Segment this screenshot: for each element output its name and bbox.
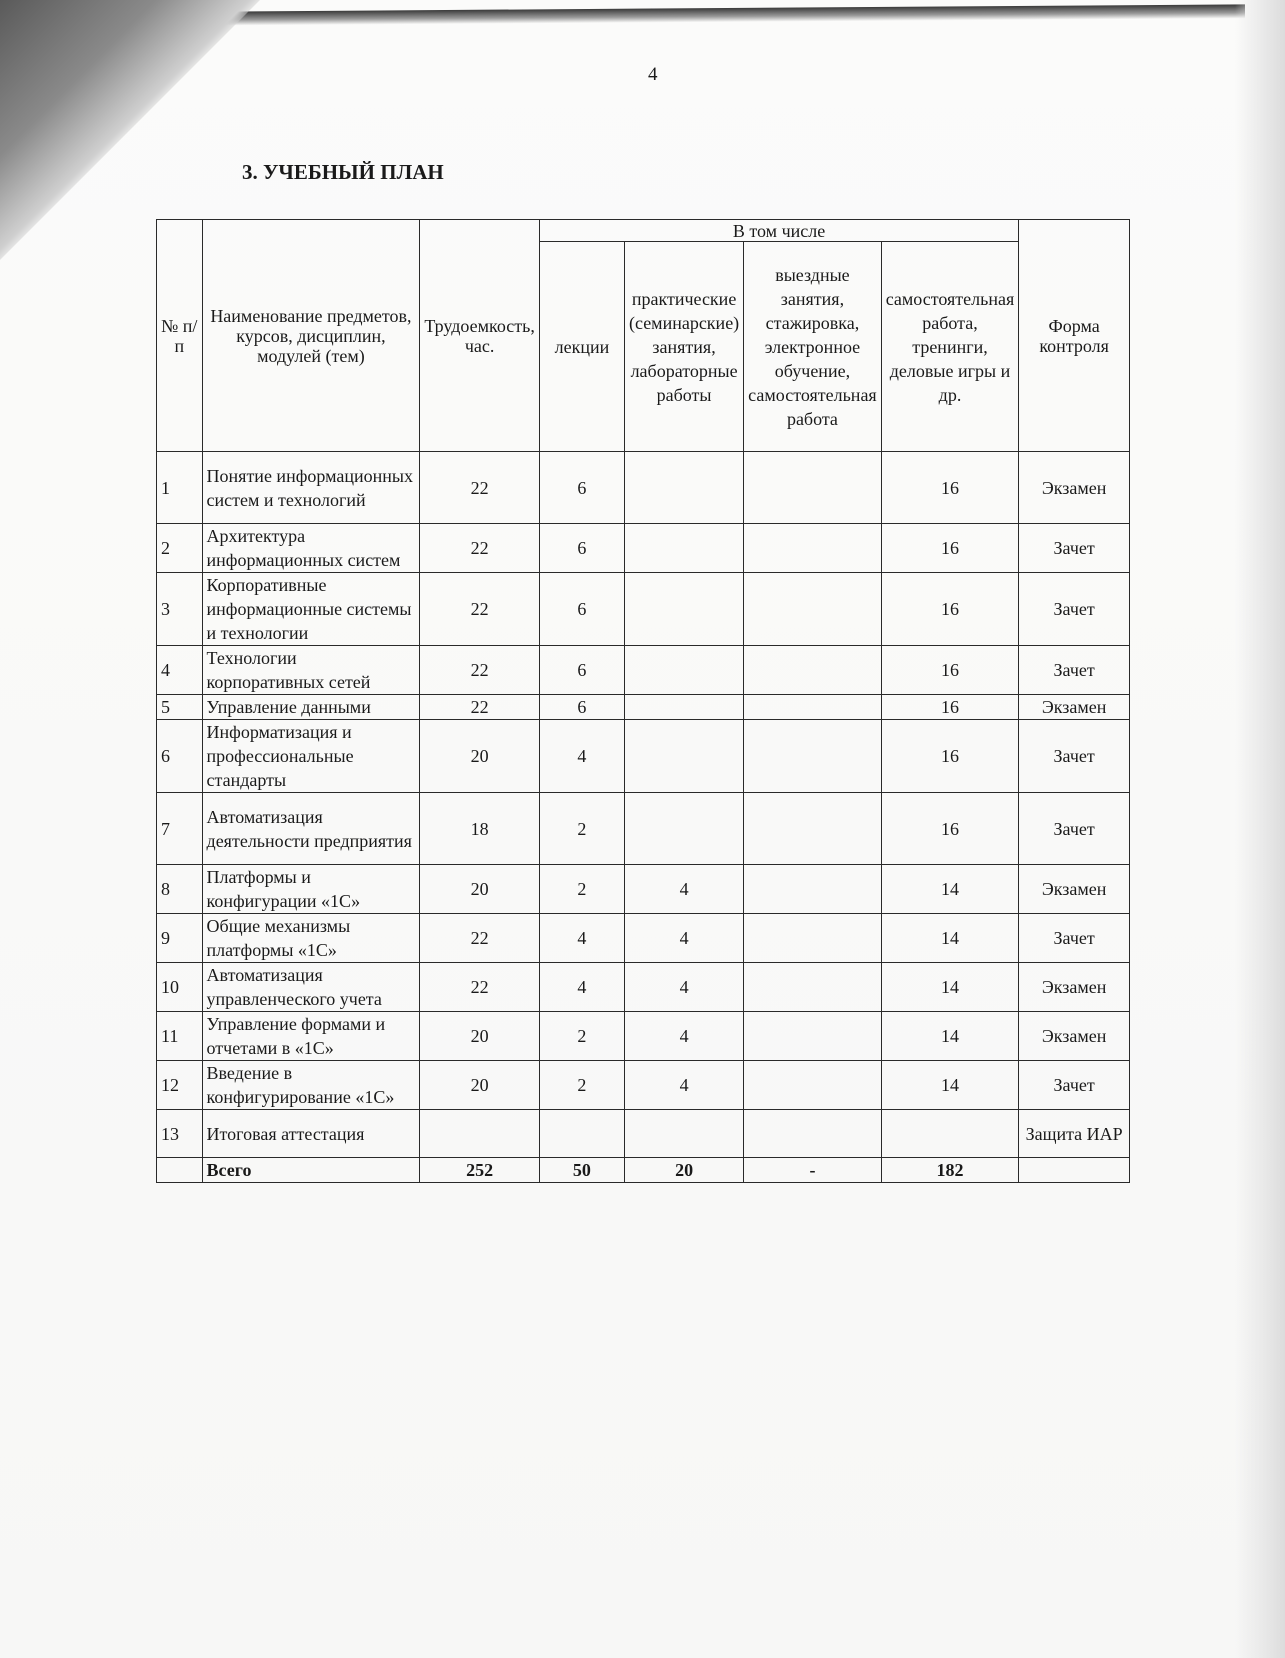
total-practical: 20	[624, 1158, 743, 1183]
cell-hours: 20	[420, 1012, 540, 1061]
cell-self: 14	[881, 914, 1019, 963]
cell-name: Введение в конфигурирование «1С»	[202, 1061, 420, 1110]
scan-top-edge	[220, 4, 1245, 25]
cell-no: 6	[157, 720, 203, 793]
cell-name: Понятие информационных систем и технолог…	[202, 452, 420, 524]
cell-name: Автоматизация деятельности предприятия	[202, 793, 420, 865]
table-row: 12Введение в конфигурирование «1С»202414…	[157, 1061, 1130, 1110]
cell-lectures: 2	[539, 1012, 624, 1061]
cell-practical	[624, 452, 743, 524]
cell-self: 16	[881, 452, 1019, 524]
cell-hours: 22	[420, 573, 540, 646]
cell-practical: 4	[624, 914, 743, 963]
cell-self: 16	[881, 720, 1019, 793]
cell-practical: 4	[624, 865, 743, 914]
table-row: 7Автоматизация деятельности предприятия1…	[157, 793, 1130, 865]
cell-outside	[744, 1061, 882, 1110]
total-no	[157, 1158, 203, 1183]
cell-no: 8	[157, 865, 203, 914]
cell-hours: 20	[420, 1061, 540, 1110]
cell-form: Зачет	[1019, 646, 1130, 695]
cell-no: 4	[157, 646, 203, 695]
total-outside: -	[744, 1158, 882, 1183]
total-lectures: 50	[539, 1158, 624, 1183]
total-self: 182	[881, 1158, 1019, 1183]
table-row: 13Итоговая аттестацияЗащита ИАР	[157, 1110, 1130, 1158]
header-name: Наименование предметов, курсов, дисципли…	[202, 220, 420, 452]
table-row: 2Архитектура информационных систем22616З…	[157, 524, 1130, 573]
cell-hours: 18	[420, 793, 540, 865]
header-practical: практические (семинарские) занятия, лабо…	[624, 242, 743, 452]
cell-practical	[624, 646, 743, 695]
cell-name: Автоматизация управленческого учета	[202, 963, 420, 1012]
table-row: 8Платформы и конфигурации «1С»202414Экза…	[157, 865, 1130, 914]
cell-form: Зачет	[1019, 1061, 1130, 1110]
header-group: В том числе	[539, 220, 1018, 242]
table-row: 1Понятие информационных систем и техноло…	[157, 452, 1130, 524]
table-row: 6Информатизация и профессиональные станд…	[157, 720, 1130, 793]
page-number: 4	[648, 64, 658, 86]
cell-self: 16	[881, 695, 1019, 720]
cell-self: 16	[881, 646, 1019, 695]
cell-lectures: 2	[539, 865, 624, 914]
table-row: 3Корпоративные информационные системы и …	[157, 573, 1130, 646]
cell-form: Зачет	[1019, 914, 1130, 963]
cell-outside	[744, 573, 882, 646]
cell-self: 14	[881, 1012, 1019, 1061]
cell-no: 12	[157, 1061, 203, 1110]
cell-no: 10	[157, 963, 203, 1012]
cell-outside	[744, 963, 882, 1012]
cell-outside	[744, 524, 882, 573]
cell-lectures: 4	[539, 963, 624, 1012]
scan-right-edge	[1235, 0, 1285, 1658]
header-outside: выездные занятия, стажировка, электронно…	[744, 242, 882, 452]
total-hours: 252	[420, 1158, 540, 1183]
cell-outside	[744, 720, 882, 793]
cell-lectures	[539, 1110, 624, 1158]
cell-self: 16	[881, 573, 1019, 646]
curriculum-table: № п/п Наименование предметов, курсов, ди…	[156, 219, 1130, 1183]
cell-form: Экзамен	[1019, 695, 1130, 720]
cell-lectures: 6	[539, 695, 624, 720]
cell-outside	[744, 695, 882, 720]
cell-no: 2	[157, 524, 203, 573]
cell-hours: 22	[420, 452, 540, 524]
cell-no: 11	[157, 1012, 203, 1061]
total-form	[1019, 1158, 1130, 1183]
cell-no: 1	[157, 452, 203, 524]
cell-practical	[624, 573, 743, 646]
cell-outside	[744, 914, 882, 963]
cell-hours: 22	[420, 695, 540, 720]
cell-name: Платформы и конфигурации «1С»	[202, 865, 420, 914]
cell-hours	[420, 1110, 540, 1158]
total-row: Всего2525020-182	[157, 1158, 1130, 1183]
cell-lectures: 6	[539, 573, 624, 646]
cell-self: 16	[881, 793, 1019, 865]
cell-form: Зачет	[1019, 573, 1130, 646]
header-form: Форма контроля	[1019, 220, 1130, 452]
cell-lectures: 4	[539, 720, 624, 793]
cell-practical: 4	[624, 1012, 743, 1061]
cell-hours: 20	[420, 720, 540, 793]
cell-lectures: 6	[539, 646, 624, 695]
cell-self: 14	[881, 1061, 1019, 1110]
cell-no: 5	[157, 695, 203, 720]
cell-self: 14	[881, 963, 1019, 1012]
cell-form: Защита ИАР	[1019, 1110, 1130, 1158]
cell-form: Экзамен	[1019, 452, 1130, 524]
cell-name: Архитектура информационных систем	[202, 524, 420, 573]
cell-name: Управление формами и отчетами в «1С»	[202, 1012, 420, 1061]
cell-practical	[624, 793, 743, 865]
cell-no: 13	[157, 1110, 203, 1158]
cell-outside	[744, 1110, 882, 1158]
cell-name: Информатизация и профессиональные станда…	[202, 720, 420, 793]
total-name: Всего	[202, 1158, 420, 1183]
cell-lectures: 4	[539, 914, 624, 963]
cell-hours: 20	[420, 865, 540, 914]
cell-form: Зачет	[1019, 793, 1130, 865]
cell-outside	[744, 793, 882, 865]
cell-practical	[624, 1110, 743, 1158]
table-row: 4Технологии корпоративных сетей22616Заче…	[157, 646, 1130, 695]
table-row: 10Автоматизация управленческого учета224…	[157, 963, 1130, 1012]
table-row: 9Общие механизмы платформы «1С»224414Зач…	[157, 914, 1130, 963]
cell-self: 14	[881, 865, 1019, 914]
cell-practical: 4	[624, 963, 743, 1012]
cell-no: 9	[157, 914, 203, 963]
cell-name: Управление данными	[202, 695, 420, 720]
cell-no: 7	[157, 793, 203, 865]
cell-self	[881, 1110, 1019, 1158]
cell-practical	[624, 720, 743, 793]
cell-outside	[744, 646, 882, 695]
header-self: самостоятельная работа, тренинги, деловы…	[881, 242, 1019, 452]
cell-outside	[744, 452, 882, 524]
cell-outside	[744, 865, 882, 914]
cell-name: Корпоративные информационные системы и т…	[202, 573, 420, 646]
cell-practical: 4	[624, 1061, 743, 1110]
cell-form: Экзамен	[1019, 865, 1130, 914]
cell-practical	[624, 524, 743, 573]
cell-form: Экзамен	[1019, 963, 1130, 1012]
cell-form: Экзамен	[1019, 1012, 1130, 1061]
cell-lectures: 2	[539, 1061, 624, 1110]
cell-name: Технологии корпоративных сетей	[202, 646, 420, 695]
cell-self: 16	[881, 524, 1019, 573]
cell-hours: 22	[420, 524, 540, 573]
cell-lectures: 2	[539, 793, 624, 865]
header-no: № п/п	[157, 220, 203, 452]
section-title: 3. УЧЕБНЫЙ ПЛАН	[242, 160, 444, 185]
table-row: 5Управление данными22616Экзамен	[157, 695, 1130, 720]
header-lectures: лекции	[539, 242, 624, 452]
cell-hours: 22	[420, 646, 540, 695]
cell-name: Итоговая аттестация	[202, 1110, 420, 1158]
cell-lectures: 6	[539, 452, 624, 524]
cell-outside	[744, 1012, 882, 1061]
header-hours: Трудоемкость, час.	[420, 220, 540, 452]
cell-no: 3	[157, 573, 203, 646]
cell-form: Зачет	[1019, 720, 1130, 793]
cell-name: Общие механизмы платформы «1С»	[202, 914, 420, 963]
cell-form: Зачет	[1019, 524, 1130, 573]
document-page: 4 3. УЧЕБНЫЙ ПЛАН № п/п Наименование пре…	[0, 0, 1285, 1658]
cell-lectures: 6	[539, 524, 624, 573]
cell-hours: 22	[420, 914, 540, 963]
cell-practical	[624, 695, 743, 720]
table-body: 1Понятие информационных систем и техноло…	[157, 452, 1130, 1183]
table-row: 11Управление формами и отчетами в «1С»20…	[157, 1012, 1130, 1061]
cell-hours: 22	[420, 963, 540, 1012]
